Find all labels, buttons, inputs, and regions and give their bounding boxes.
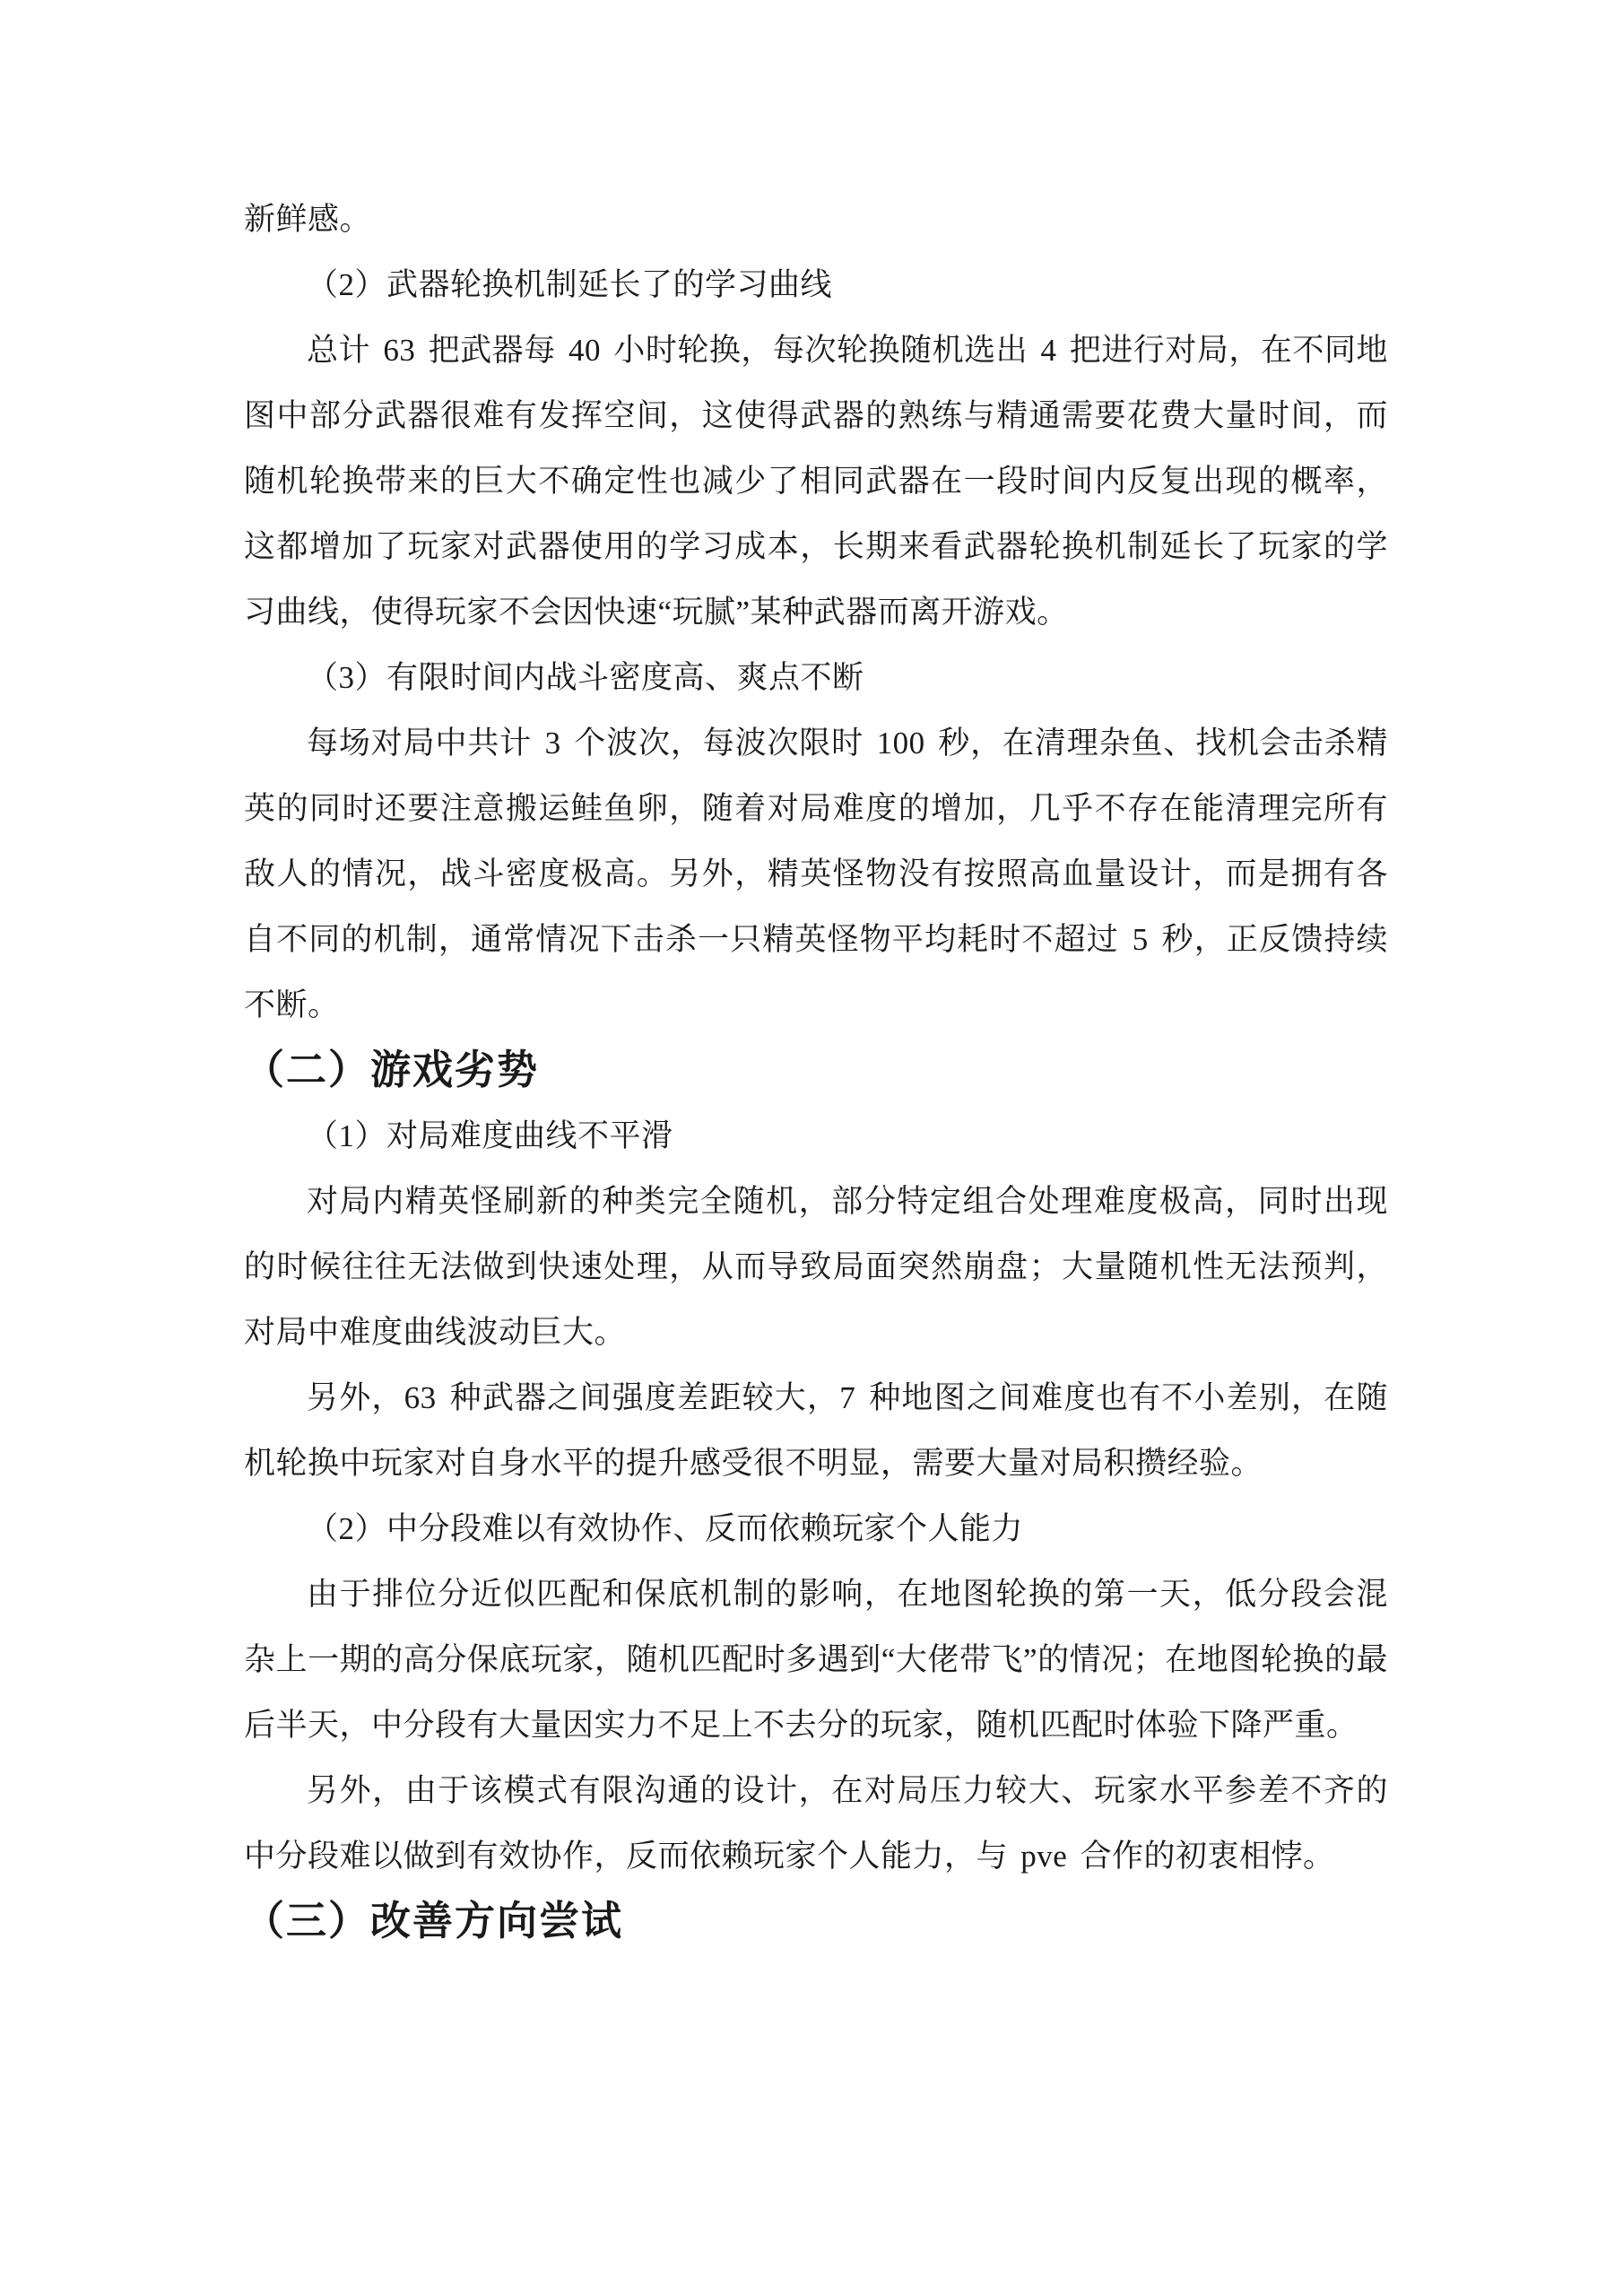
paragraph: 另外，63 种武器之间强度差距较大，7 种地图之间难度也有不小差别，在随机轮换中…: [244, 1365, 1388, 1496]
paragraph: 每场对局中共计 3 个波次，每波次限时 100 秒，在清理杂鱼、找机会击杀精英的…: [244, 710, 1388, 1038]
sub-item-heading: （2）中分段难以有效协作、反而依赖玩家个人能力: [244, 1496, 1388, 1561]
document-page: 新鲜感。 （2）武器轮换机制延长了的学习曲线 总计 63 把武器每 40 小时轮…: [0, 0, 1623, 2296]
sub-item-heading: （3）有限时间内战斗密度高、爽点不断: [244, 645, 1388, 710]
section-heading: （三）改善方向尝试: [244, 1889, 1388, 1954]
sub-item-heading: （1）对局难度曲线不平滑: [244, 1103, 1388, 1169]
section-heading: （二）游戏劣势: [244, 1038, 1388, 1103]
paragraph: 总计 63 把武器每 40 小时轮换，每次轮换随机选出 4 把进行对局，在不同地…: [244, 317, 1388, 645]
paragraph: 对局内精英怪刷新的种类完全随机，部分特定组合处理难度极高，同时出现的时候往往无法…: [244, 1169, 1388, 1365]
paragraph: 由于排位分近似匹配和保底机制的影响，在地图轮换的第一天，低分段会混杂上一期的高分…: [244, 1561, 1388, 1758]
sub-item-heading: （2）武器轮换机制延长了的学习曲线: [244, 252, 1388, 317]
paragraph: 另外，由于该模式有限沟通的设计，在对局压力较大、玩家水平参差不齐的中分段难以做到…: [244, 1758, 1388, 1889]
paragraph-continuation: 新鲜感。: [244, 187, 1388, 252]
